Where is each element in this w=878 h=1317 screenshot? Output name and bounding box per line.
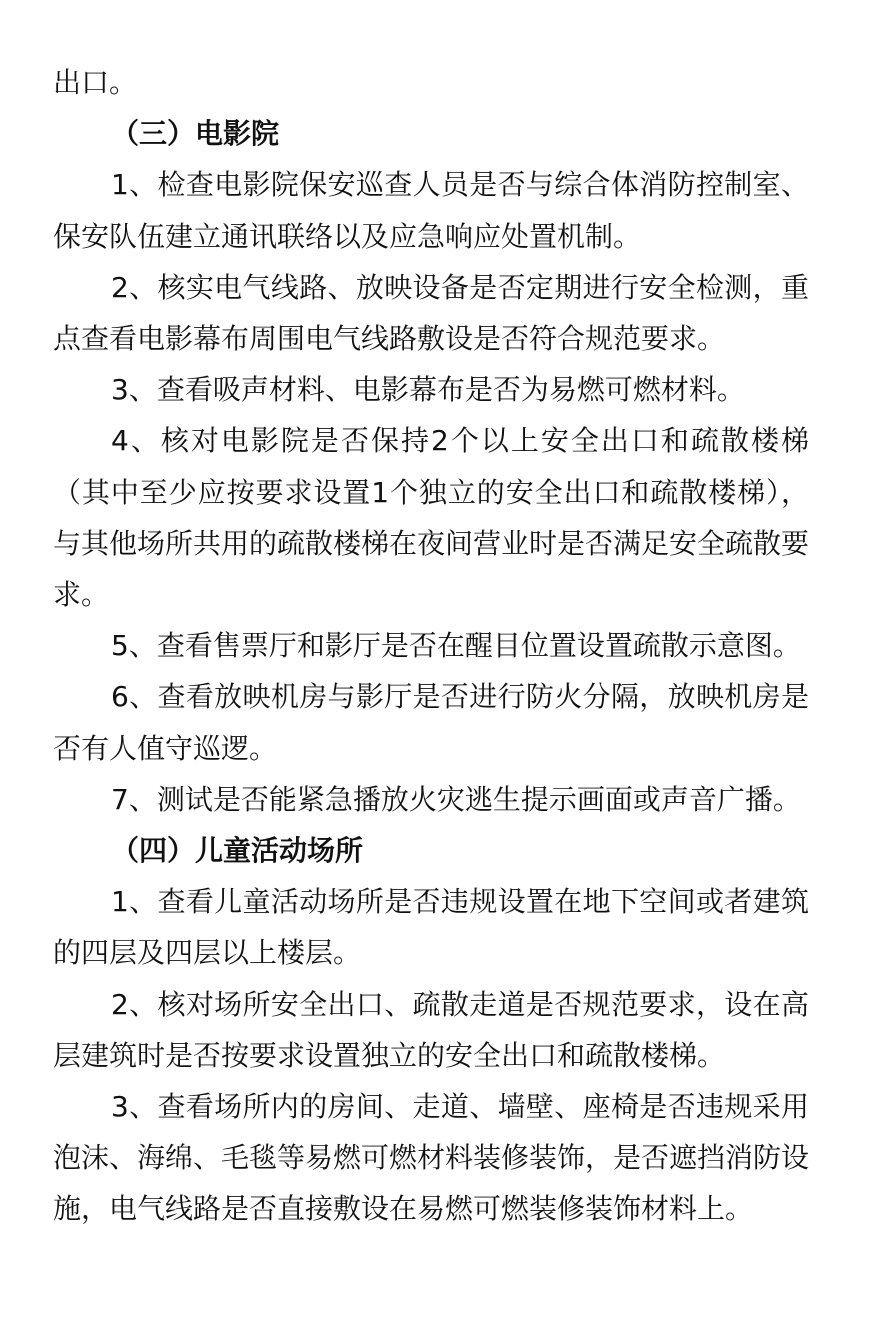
paragraph-continuation: 出口。 <box>53 57 809 108</box>
paragraph-cinema-item-3: 3、查看吸声材料、电影幕布是否为易燃可燃材料。 <box>53 364 809 415</box>
section-heading-children-venues: （四）儿童活动场所 <box>53 825 809 876</box>
paragraph-cinema-item-7: 7、测试是否能紧急播放火灾逃生提示画面或声音广播。 <box>53 774 809 825</box>
paragraph-cinema-item-4: 4、核对电影院是否保持2个以上安全出口和疏散楼梯（其中至少应按要求设置1个独立的… <box>53 415 809 620</box>
paragraph-cinema-item-1: 1、检查电影院保安巡查人员是否与综合体消防控制室、保安队伍建立通讯联络以及应急响… <box>53 159 809 261</box>
paragraph-cinema-item-2: 2、核实电气线路、放映设备是否定期进行安全检测，重点查看电影幕布周围电气线路敷设… <box>53 262 809 364</box>
paragraph-children-item-1: 1、查看儿童活动场所是否违规设置在地下空间或者建筑的四层及四层以上楼层。 <box>53 876 809 978</box>
paragraph-cinema-item-6: 6、查看放映机房与影厅是否进行防火分隔，放映机房是否有人值守巡逻。 <box>53 671 809 773</box>
section-heading-cinema: （三）电影院 <box>53 108 809 159</box>
paragraph-children-item-2: 2、核对场所安全出口、疏散走道是否规范要求，设在高层建筑时是否按要求设置独立的安… <box>53 979 809 1081</box>
paragraph-children-item-3: 3、查看场所内的房间、走道、墙壁、座椅是否违规采用泡沫、海绵、毛毯等易燃可燃材料… <box>53 1081 809 1235</box>
paragraph-cinema-item-5: 5、查看售票厅和影厅是否在醒目位置设置疏散示意图。 <box>53 620 809 671</box>
document-page: 出口。 （三）电影院 1、检查电影院保安巡查人员是否与综合体消防控制室、保安队伍… <box>53 57 809 1235</box>
